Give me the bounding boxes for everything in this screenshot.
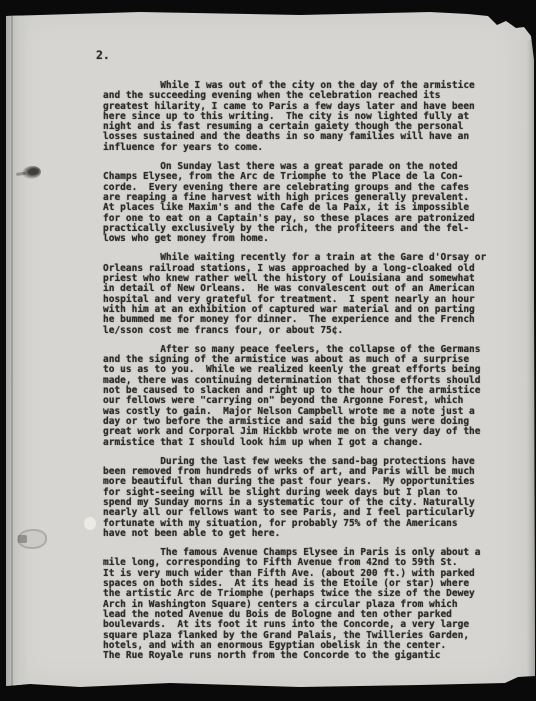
paragraph-armistice-surprise: After so many peace feelers, the collaps… [103, 345, 507, 448]
paragraph-sunday-parade: On Sunday last there was a great parade … [103, 162, 507, 244]
page-left-edge-shadow [6, 0, 29, 701]
scanned-letter-screenshot: { "doc": { "page_number": "2.", "paragra… [0, 0, 536, 701]
paper-light-spot [84, 517, 96, 530]
letter-body: While I was out of the city on the day o… [103, 81, 507, 670]
paragraph-sandbag-removal: During the last few weeks the sand-bag p… [103, 457, 507, 539]
paragraph-armistice-celebration: While I was out of the city on the day o… [103, 81, 507, 153]
paragraph-champs-elysee: The famous Avenue Champs Elysee in Paris… [103, 548, 507, 661]
ink-smudge [21, 165, 41, 180]
document-page: 2. While I was out of the city on the da… [0, 0, 536, 701]
page-right-edge-shadow [527, 40, 536, 701]
paper-blemish [17, 529, 47, 549]
page-left-edge-line [11, 0, 13, 701]
paragraph-priest-encounter: While waiting recently for a train at th… [103, 253, 507, 335]
page-number: 2. [96, 48, 110, 62]
